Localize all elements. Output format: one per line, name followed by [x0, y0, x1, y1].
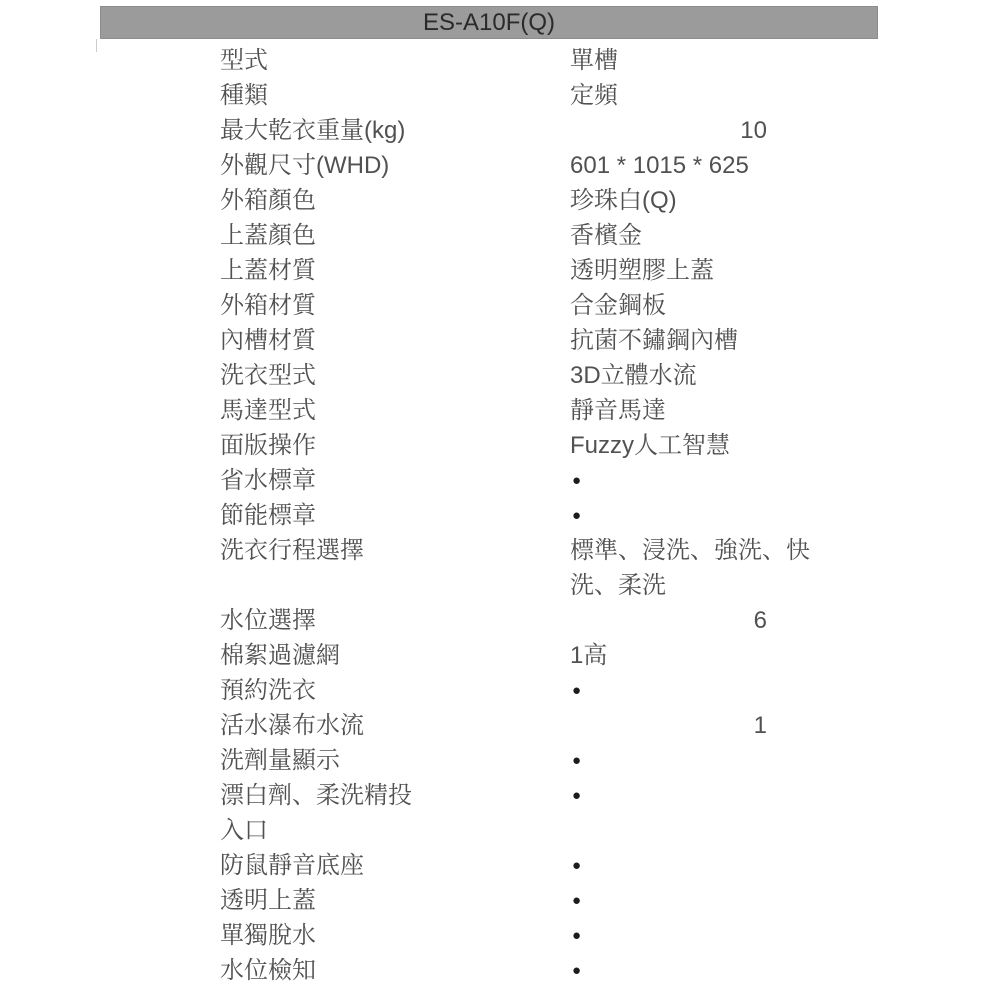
spec-value: 香檳金 — [570, 218, 852, 253]
spec-value: 定頻 — [570, 78, 852, 113]
spec-value: 1高 — [570, 638, 852, 673]
spec-label: 洗劑量顯示 — [220, 743, 435, 778]
spec-value: 合金鋼板 — [570, 288, 852, 323]
feature-dot: ● — [570, 743, 854, 778]
spec-value: 單槽 — [570, 43, 852, 78]
table-row: 外箱顏色珍珠白(Q) — [100, 183, 890, 218]
table-row: 馬達型式靜音馬達 — [100, 393, 890, 428]
table-border-artifact — [96, 39, 97, 52]
spec-label: 上蓋顏色 — [220, 218, 435, 253]
table-row: 種類定頻 — [100, 78, 890, 113]
feature-dot: ● — [570, 918, 854, 953]
spec-value: 10 — [570, 113, 767, 148]
spec-label: 預約洗衣 — [220, 673, 435, 708]
feature-dot: ● — [570, 498, 854, 533]
spec-value: 靜音馬達 — [570, 393, 852, 428]
spec-label: 外箱顏色 — [220, 183, 435, 218]
table-row: 洗衣型式3D立體水流 — [100, 358, 890, 393]
table-row: 透明上蓋● — [100, 883, 890, 918]
spec-label: 洗衣型式 — [220, 358, 435, 393]
spec-label: 外觀尺寸(WHD) — [220, 148, 435, 183]
spec-value: 1 — [570, 708, 767, 743]
spec-label: 防鼠靜音底座 — [220, 848, 435, 883]
spec-value: Fuzzy人工智慧 — [570, 428, 852, 463]
spec-label: 馬達型式 — [220, 393, 435, 428]
spec-value: 3D立體水流 — [570, 358, 852, 393]
spec-label: 內槽材質 — [220, 323, 435, 358]
table-row: 內槽材質抗菌不鏽鋼內槽 — [100, 323, 890, 358]
spec-label: 最大乾衣重量(kg) — [220, 113, 435, 148]
spec-label: 省水標章 — [220, 463, 435, 498]
table-row: 外觀尺寸(WHD)601 * 1015 * 625 — [100, 148, 890, 183]
table-row: 面版操作Fuzzy人工智慧 — [100, 428, 890, 463]
spec-label: 型式 — [220, 43, 435, 78]
table-row: 水位選擇6 — [100, 603, 890, 638]
table-row: 活水瀑布水流1 — [100, 708, 890, 743]
feature-dot: ● — [570, 778, 854, 813]
table-row: 防鼠靜音底座● — [100, 848, 890, 883]
spec-value: 6 — [570, 603, 767, 638]
table-row: 單獨脫水● — [100, 918, 890, 953]
table-row: 水位檢知● — [100, 953, 890, 988]
spec-sheet: ES-A10F(Q) 型式單槽種類定頻最大乾衣重量(kg)10外觀尺寸(WHD)… — [0, 0, 1000, 1000]
spec-label: 洗衣行程選擇 — [220, 533, 435, 568]
model-title: ES-A10F(Q) — [423, 9, 555, 37]
table-row: 省水標章● — [100, 463, 890, 498]
table-row: 最大乾衣重量(kg)10 — [100, 113, 890, 148]
feature-dot: ● — [570, 883, 854, 918]
spec-header-bar: ES-A10F(Q) — [100, 6, 878, 39]
spec-label: 上蓋材質 — [220, 253, 435, 288]
table-row: 棉絮過濾網1高 — [100, 638, 890, 673]
spec-label: 活水瀑布水流 — [220, 708, 435, 743]
table-row: 漂白劑、柔洗精投 入口● — [100, 778, 890, 848]
spec-value: 601 * 1015 * 625 — [570, 148, 852, 183]
spec-value: 透明塑膠上蓋 — [570, 253, 852, 288]
feature-dot: ● — [570, 848, 854, 883]
table-row: 上蓋材質透明塑膠上蓋 — [100, 253, 890, 288]
spec-value: 標準、浸洗、強洗、快 洗、柔洗 — [570, 533, 852, 603]
spec-label: 漂白劑、柔洗精投 入口 — [220, 778, 435, 848]
spec-label: 節能標章 — [220, 498, 435, 533]
feature-dot: ● — [570, 953, 854, 988]
feature-dot: ● — [570, 463, 854, 498]
spec-label: 外箱材質 — [220, 288, 435, 323]
spec-label: 面版操作 — [220, 428, 435, 463]
spec-label: 透明上蓋 — [220, 883, 435, 918]
spec-label: 單獨脫水 — [220, 918, 435, 953]
table-row: 洗衣行程選擇標準、浸洗、強洗、快 洗、柔洗 — [100, 533, 890, 603]
table-row: 外箱材質合金鋼板 — [100, 288, 890, 323]
spec-value: 抗菌不鏽鋼內槽 — [570, 323, 852, 358]
table-row: 上蓋顏色香檳金 — [100, 218, 890, 253]
feature-dot: ● — [570, 673, 854, 708]
table-row: 預約洗衣● — [100, 673, 890, 708]
table-row: 節能標章● — [100, 498, 890, 533]
spec-label: 水位檢知 — [220, 953, 435, 988]
table-row: 型式單槽 — [100, 43, 890, 78]
spec-label: 棉絮過濾網 — [220, 638, 435, 673]
spec-label: 水位選擇 — [220, 603, 435, 638]
spec-value: 珍珠白(Q) — [570, 183, 852, 218]
spec-label: 種類 — [220, 78, 435, 113]
table-row: 洗劑量顯示● — [100, 743, 890, 778]
spec-table: 型式單槽種類定頻最大乾衣重量(kg)10外觀尺寸(WHD)601 * 1015 … — [100, 43, 890, 988]
